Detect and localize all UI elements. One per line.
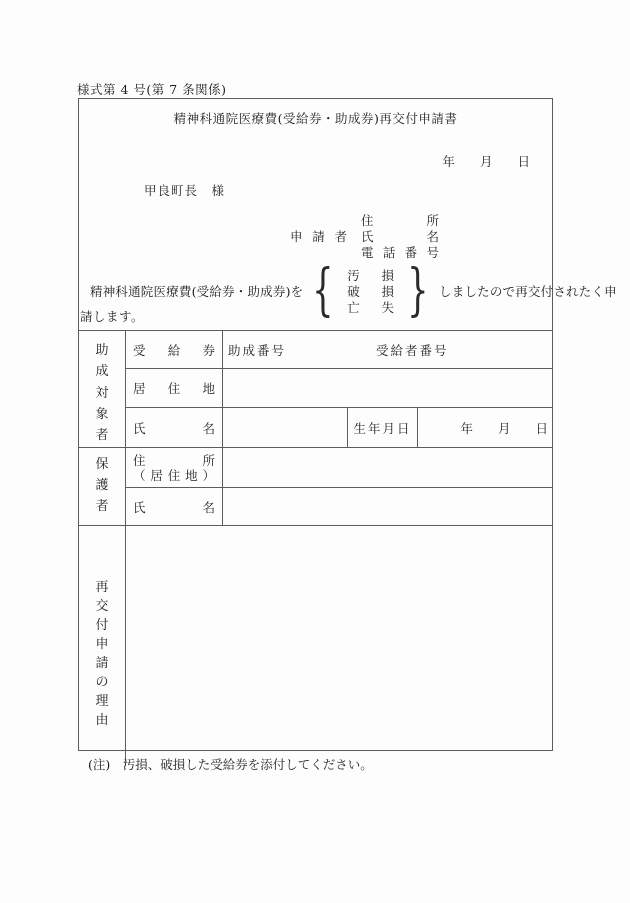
form-title: 精神科通院医療費(受給券・助成券)再交付申請書 [79,109,552,127]
group-reason: 再交付申請の理由 [79,526,552,766]
target-name-label-text: 氏名 [133,419,215,437]
damage-option-lost: 亡失 [347,301,394,314]
form-border-box: 精神科通院医療費(受給券・助成券)再交付申請書 年 月 日 甲良町長 様 申請者… [78,98,553,751]
damage-options: 汚損 破損 亡失 [347,269,394,314]
right-brace-icon: } [407,267,429,315]
form-table: 助成対象者 受給券 助成番号 受給者番号 居住地 [79,330,552,752]
row-guardian-name: 氏名 [126,488,552,525]
group-label-guardian-text: 保護者 [79,453,125,514]
field-label-residence: 居住地 [126,369,223,407]
guardian-address-sub-label-text: （居住地） [133,468,215,483]
damage-option-damaged: 破損 [347,285,394,298]
damage-option-soiled: 汚損 [347,269,394,282]
applicant-name-label: 氏名 [361,227,439,243]
body-text-after: しましたので再交付されたく申 [439,282,617,300]
guardian-address-label-text: 住所 [133,453,215,468]
group-label-reason: 再交付申請の理由 [79,526,126,766]
body-statement-line2: 請します。 [80,307,144,325]
date-line: 年 月 日 [442,152,530,170]
target-name-cell: 生年月日 年 月 日 [223,408,552,447]
group-label-reason-text: 再交付申請の理由 [79,576,125,728]
group-label-subsidy-target-text: 助成対象者 [79,339,125,443]
row-target-name: 氏名 生年月日 年 月 日 [126,408,552,447]
name-entry-cell [223,408,348,447]
row-residence: 居住地 [126,369,552,408]
subsidy-number-label: 助成番号 [228,341,286,359]
field-label-target-name: 氏名 [126,408,223,447]
form-document: 様式第 4 号(第 7 条関係) 精神科通院医療費(受給券・助成券)再交付申請書… [0,0,630,903]
form-number-label: 様式第 4 号(第 7 条関係) [77,80,227,98]
group-label-subsidy-target: 助成対象者 [79,331,126,447]
residence-cell [223,369,552,407]
row-recipient-ticket: 受給券 助成番号 受給者番号 [126,331,552,369]
residence-label-text: 居住地 [133,379,215,397]
group-subsidy-target: 助成対象者 受給券 助成番号 受給者番号 居住地 [79,331,552,448]
recipient-ticket-cell: 助成番号 受給者番号 [223,331,552,368]
applicant-phone-label: 電話番号 [361,243,439,259]
row-guardian-address: 住所 （居住地） [126,448,552,488]
applicant-section: 申請者 住所 氏名 電話番号 [290,211,439,259]
birthdate-label: 生年月日 [348,408,418,447]
guardian-address-cell [223,448,552,487]
group-guardian: 保護者 住所 （居住地） 氏名 [79,448,552,526]
guardian-rows: 住所 （居住地） 氏名 [126,448,552,525]
left-brace-icon: { [313,267,335,315]
applicant-label: 申請者 [290,227,347,259]
body-statement-line1: 精神科通院医療費(受給券・助成券)を { 汚損 破損 亡失 } しましたので再交… [90,266,617,316]
field-label-guardian-name: 氏名 [126,488,223,525]
group-label-guardian: 保護者 [79,448,126,525]
guardian-name-label-text: 氏名 [133,498,215,516]
addressee-line: 甲良町長 様 [144,181,225,199]
recipient-ticket-label-text: 受給券 [133,341,215,359]
reason-entry-cell [126,526,552,766]
field-label-recipient-ticket: 受給券 [126,331,223,368]
applicant-address-label: 住所 [361,211,439,227]
subsidy-target-rows: 受給券 助成番号 受給者番号 居住地 [126,331,552,447]
footnote: (注) 汚損、破損した受給券を添付してください。 [88,755,373,773]
applicant-fields: 住所 氏名 電話番号 [361,211,439,259]
birthdate-entry-cell: 年 月 日 [418,408,552,447]
body-text-before: 精神科通院医療費(受給券・助成券)を [90,282,303,300]
field-label-guardian-address: 住所 （居住地） [126,448,223,487]
guardian-name-cell [223,488,552,525]
recipient-number-label: 受給者番号 [376,341,449,359]
